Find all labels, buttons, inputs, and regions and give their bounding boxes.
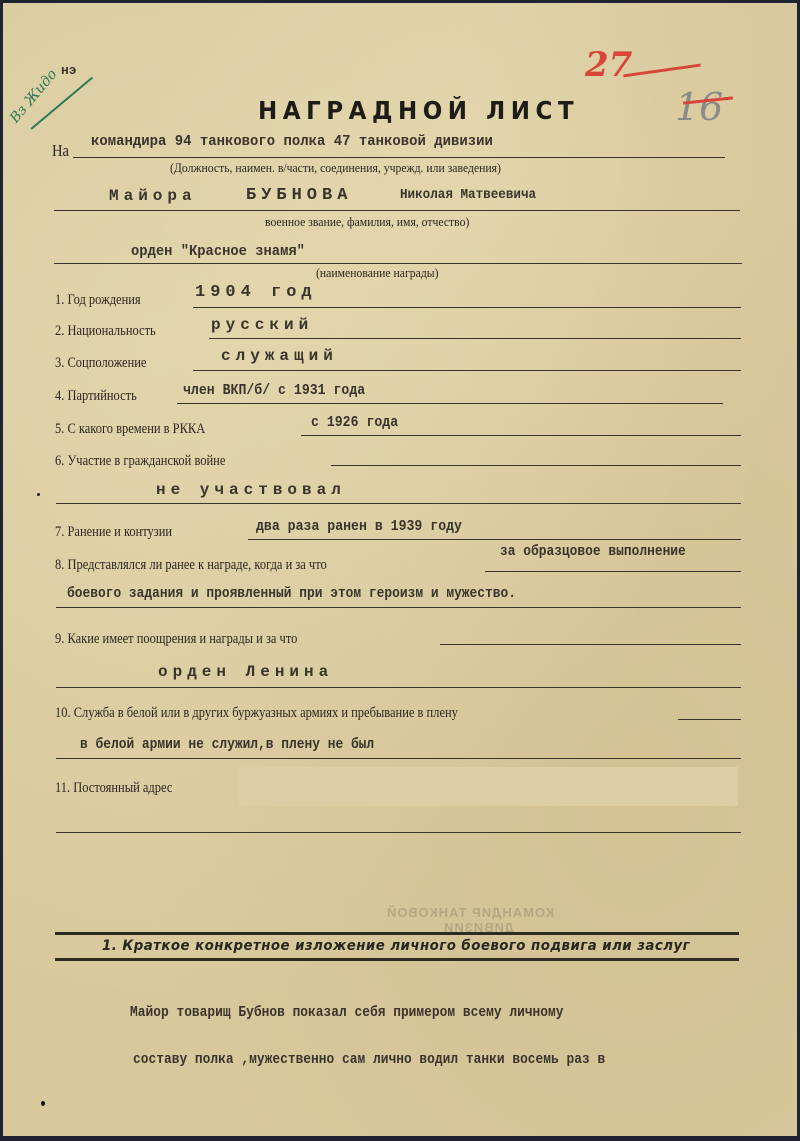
field-white-army-line-2 <box>56 758 741 759</box>
field-birth-year-value: 1904 год <box>195 283 317 302</box>
field-white-army-label: 10. Служба в белой или в других буржуазн… <box>55 705 458 722</box>
field-army-since-line <box>301 435 741 436</box>
name-surname: БУБНОВА <box>246 186 352 205</box>
field-birth-year-line <box>193 307 741 308</box>
margin-note: Вз Жидо <box>7 67 61 127</box>
field-nationality-label: 2. Национальность <box>55 323 156 340</box>
field-address-label: 11. Постоянный адрес <box>55 780 172 797</box>
field-nationality-line <box>209 338 741 339</box>
field-wounds-line <box>248 539 741 540</box>
field-wounds-label: 7. Ранение и контузии <box>55 524 172 541</box>
field-awards-line <box>440 644 741 645</box>
red-strike-line <box>623 64 701 78</box>
field-awards-line-2 <box>56 687 741 688</box>
name-given: Николая Матвеевича <box>400 187 536 203</box>
field-prior-award-line <box>485 571 741 572</box>
award-value: орден "Красное знамя" <box>131 243 305 260</box>
field-prior-award-value-cont: боевого задания и проявленный при этом г… <box>67 585 516 602</box>
award-sheet-page: нэ Вз Жидо 27 16 НАГРАДНОЙ ЛИСТ На коман… <box>3 3 797 1136</box>
section-top-rule <box>55 932 739 935</box>
field-party-line <box>177 403 723 404</box>
field-nationality-value: русский <box>211 316 313 334</box>
document-title: НАГРАДНОЙ ЛИСТ <box>258 96 579 125</box>
narrative-line-1: Майор товарищ Бубнов показал себя пример… <box>130 1004 564 1021</box>
red-file-number: 27 <box>585 45 632 85</box>
na-label: На <box>52 141 69 161</box>
field-social-status-value: служащий <box>221 347 338 365</box>
corner-mark: нэ <box>61 63 77 78</box>
address-redaction <box>239 767 738 806</box>
position-line <box>73 157 725 158</box>
ink-speck <box>37 493 40 496</box>
field-prior-award-line-2 <box>56 607 741 608</box>
field-party-label: 4. Партийность <box>55 388 137 405</box>
field-army-since-value: с 1926 года <box>311 414 398 431</box>
section-heading: 1. Краткое конкретное изложение личного … <box>102 938 690 954</box>
field-wounds-value: два раза ранен в 1939 году <box>256 518 462 535</box>
field-civil-war-value: не участвовал <box>156 481 346 499</box>
field-civil-war-line <box>331 465 741 466</box>
field-white-army-line <box>678 719 741 720</box>
field-party-value: член ВКП/б/ с 1931 года <box>183 382 365 399</box>
ghost-stamp-line1: КОМАНДИР ТАНКОВОЙ <box>386 905 554 920</box>
position-value: командира 94 танкового полка 47 танковой… <box>91 133 493 150</box>
field-social-status-label: 3. Соцположение <box>55 355 146 372</box>
pencil-number: 16 <box>675 85 723 129</box>
field-army-since-label: 5. С какого времени в РККА <box>55 421 205 438</box>
field-social-status-line <box>193 370 741 371</box>
narrative-line-2: составу полка ,мужественно сам лично вод… <box>133 1051 605 1068</box>
field-civil-war-label: 6. Участие в гражданской войне <box>55 453 225 470</box>
position-caption: (Должность, наимен. в/части, соединения,… <box>170 160 501 176</box>
punch-hole-mark <box>41 1101 45 1106</box>
section-bottom-rule <box>55 958 739 961</box>
award-caption: (наименование награды) <box>316 265 439 281</box>
field-prior-award-label: 8. Представлялся ли ранее к награде, ког… <box>55 557 327 574</box>
name-line <box>54 210 740 211</box>
name-rank: Майора <box>109 187 197 205</box>
field-civil-war-line-2 <box>56 503 741 504</box>
field-prior-award-value: за образцовое выполнение <box>500 543 686 560</box>
field-awards-value: орден Ленина <box>158 663 333 681</box>
field-birth-year-label: 1. Год рождения <box>55 292 141 309</box>
field-white-army-value: в белой армии не служил,в плену не был <box>80 736 374 753</box>
field-address-line <box>56 832 741 833</box>
name-caption: военное звание, фамилия, имя, отчество) <box>265 214 469 230</box>
field-awards-label: 9. Какие имеет поощрения и награды и за … <box>55 631 297 648</box>
